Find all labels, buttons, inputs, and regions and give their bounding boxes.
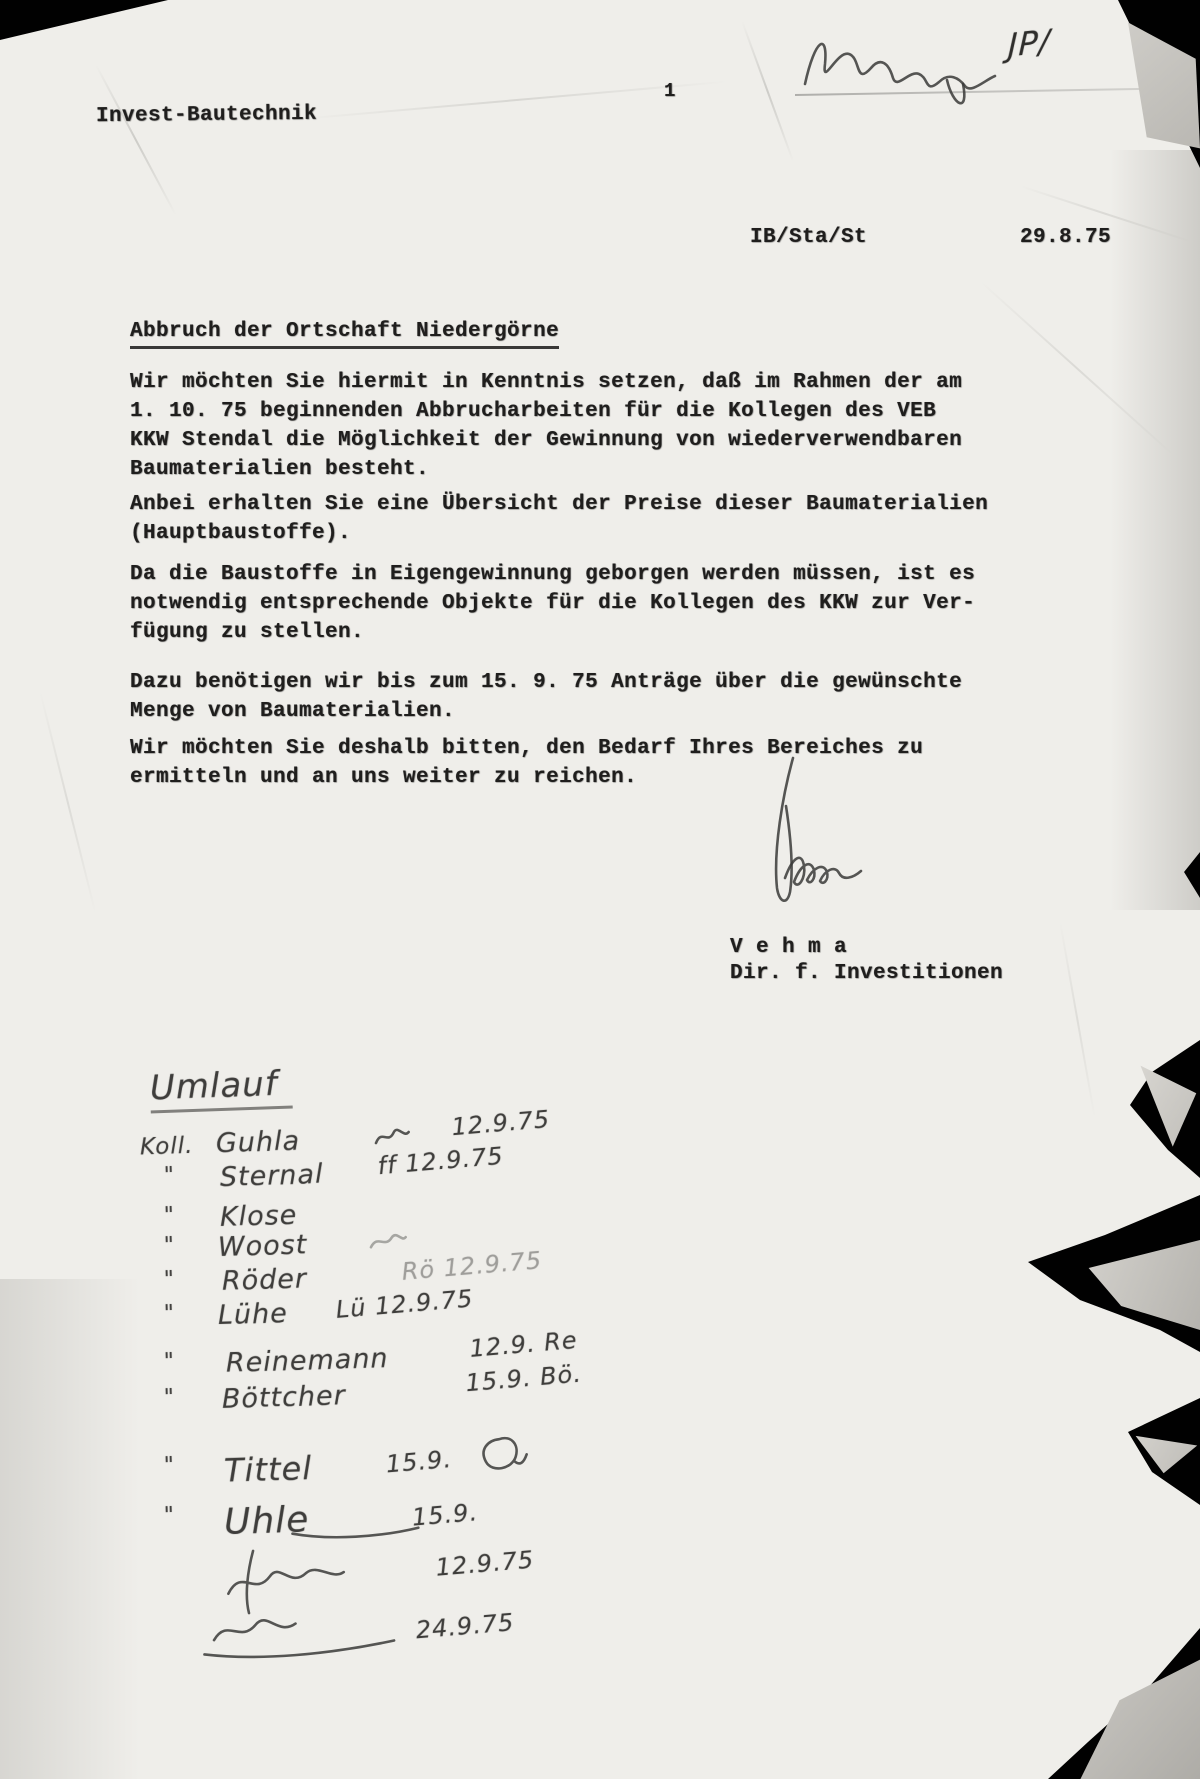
circulation-annotation: 15.9. [411,1498,479,1531]
circulation-name: Lühe [217,1298,288,1331]
scanned-letter: Invest-Bautechnik 1 JP/ IB/Sta/St 29.8.7… [0,0,1200,1779]
corner-initials: JP/ [1007,22,1051,65]
signature-scribble [705,752,885,932]
circulation-name: Woost [217,1229,307,1263]
crease-line [1059,921,1096,1118]
crease-line [95,65,177,216]
reference-code: IB/Sta/St [750,226,867,249]
paragraph: Da die Baustoffe in Eigengewinnung gebor… [130,560,1010,647]
crease-line [741,21,794,163]
signatory-title: Dir. f. Investitionen [730,962,1003,985]
circulation-row: 24.9.75 [139,1608,680,1667]
crease-line [39,691,97,915]
initial-scribble [475,1434,528,1476]
signature-scribble-small [197,1604,399,1670]
ditto-mark: " [163,1203,175,1228]
handwritten-scrawl [795,20,1005,115]
circulation-name: Röder [221,1263,307,1297]
flourish-scribble [290,1524,420,1542]
circulation-name: Klose [219,1200,297,1233]
circulation-name: Tittel [223,1449,312,1490]
letterhead: Invest-Bautechnik [96,103,317,128]
page-number: 1 [664,80,676,102]
ditto-mark: " [163,1301,175,1326]
signatory-name: V e h m a [730,936,847,959]
paragraph: Anbei erhalten Sie eine Übersicht der Pr… [130,490,1010,548]
ditto-mark: " [163,1233,175,1258]
circulation-row: " Tittel 15.9. [139,1438,680,1497]
paper-sheet: Invest-Bautechnik 1 JP/ IB/Sta/St 29.8.7… [0,0,1200,1779]
circulation-name: Böttcher [221,1380,346,1415]
letter-date: 29.8.75 [1020,226,1111,249]
initial-scribble [367,1230,408,1255]
circulation-name: Guhla [215,1125,300,1159]
paragraph: Wir möchten Sie hiermit in Kenntnis setz… [130,368,1010,484]
circulation-annotation: 12.9.75 [450,1105,551,1141]
circulation-prefix: Koll. [140,1133,194,1161]
circulation-title: Umlauf [149,1064,292,1114]
circulation-name: Sternal [219,1159,324,1193]
circulation-row: 12.9.75 [139,1550,680,1609]
ditto-mark: " [163,1385,175,1410]
ditto-mark: " [163,1503,175,1528]
subject-line: Abbruch der Ortschaft Niedergörne [130,320,559,349]
circulation-annotation: 12.9.75 [435,1546,536,1582]
ditto-mark: " [163,1349,175,1374]
circulation-row: " Uhle 15.9. [139,1488,680,1547]
circulation-name: Reinemann [225,1343,389,1379]
edge-shading [0,1279,140,1779]
ditto-mark: " [163,1163,175,1188]
paragraph: Dazu benötigen wir bis zum 15. 9. 75 Ant… [130,668,1010,726]
ditto-mark: " [163,1267,175,1292]
circulation-annotation: 15.9. [385,1445,453,1478]
initial-scribble [371,1124,412,1151]
circulation-annotation: 24.9.75 [415,1608,516,1644]
edge-shading [1110,150,1200,910]
ditto-mark: " [163,1453,175,1478]
